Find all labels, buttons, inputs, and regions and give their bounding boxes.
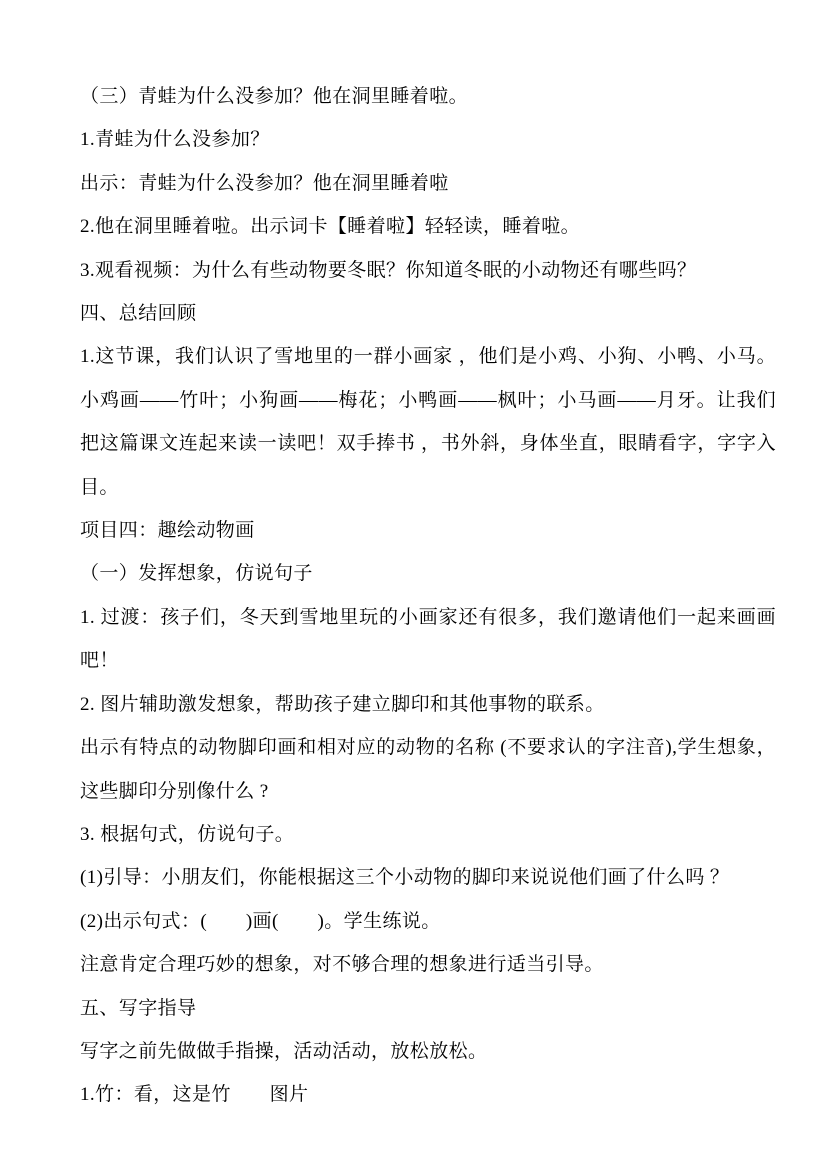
paragraph-finger-exercise: 写字之前先做做手指操，活动活动，放松放松。 [80, 1030, 776, 1073]
paragraph-section-4-title: 四、总结回顾 [80, 292, 776, 335]
paragraph-project-4-title: 项目四：趣绘动物画 [80, 509, 776, 552]
paragraph-sentence-pattern: 3. 根据句式，仿说句子。 [80, 813, 776, 856]
paragraph-step-2: 2.他在洞里睡着啦。出示词卡【睡着啦】轻轻读，睡着啦。 [80, 205, 776, 248]
paragraph-guide-2: (2)出示句式：( )画( )。学生练说。 [80, 900, 776, 943]
paragraph-step-3: 3.观看视频：为什么有些动物要冬眠？你知道冬眠的小动物还有哪些吗？ [80, 249, 776, 292]
paragraph-summary-text: 1.这节课，我们认识了雪地里的一群小画家 ，他们是小鸡、小狗、小鸭、小马。小鸡画… [80, 335, 776, 509]
paragraph-section-5-title: 五、写字指导 [80, 987, 776, 1030]
document-page: （三）青蛙为什么没参加？他在洞里睡着啦。 1.青蛙为什么没参加？ 出示：青蛙为什… [0, 0, 827, 1170]
paragraph-transition: 1. 过渡：孩子们，冬天到雪地里玩的小画家还有很多，我们邀请他们一起来画画吧！ [80, 596, 776, 683]
paragraph-footprint-prompt: 出示有特点的动物脚印画和相对应的动物的名称 (不要求认的字注音),学生想象，这些… [80, 726, 776, 813]
paragraph-step-1: 1.青蛙为什么没参加？ [80, 118, 776, 161]
paragraph-zhu-character: 1.竹：看，这是竹 图片 [80, 1073, 776, 1116]
paragraph-heading-part-3: （三）青蛙为什么没参加？他在洞里睡着啦。 [80, 75, 776, 118]
paragraph-guide-1: (1)引导：小朋友们，你能根据这三个小动物的脚印来说说他们画了什么吗 ？ [80, 856, 776, 899]
paragraph-note: 注意肯定合理巧妙的想象，对不够合理的想象进行适当引导。 [80, 943, 776, 986]
paragraph-display-sentence: 出示：青蛙为什么没参加？他在洞里睡着啦 [80, 162, 776, 205]
paragraph-heading-part-1: （一）发挥想象，仿说句子 [80, 552, 776, 595]
document-body[interactable]: （三）青蛙为什么没参加？他在洞里睡着啦。 1.青蛙为什么没参加？ 出示：青蛙为什… [80, 75, 776, 1117]
paragraph-picture-aid: 2. 图片辅助激发想象，帮助孩子建立脚印和其他事物的联系。 [80, 683, 776, 726]
